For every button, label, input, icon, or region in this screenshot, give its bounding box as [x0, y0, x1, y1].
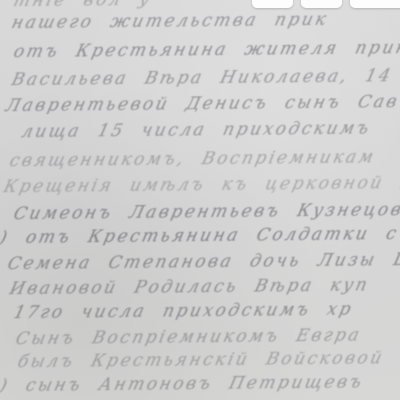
manuscript-line: 17го числа приходскимъ хр	[12, 299, 356, 323]
manuscript-line: ) сынъ Антоновъ Петрищевъ	[0, 372, 366, 396]
manuscript-line: Сынъ Воспріемникомъ Евгра	[14, 325, 364, 349]
manuscript-line: ) отъ Крестьянина Солдатки с н	[0, 224, 400, 248]
manuscript-line: Васильева Вѣра Николаева, 14	[10, 66, 395, 90]
manuscript-line: былъ Крестьянскій Войсковой к	[16, 348, 400, 372]
manuscript-line: нашего жительства прик	[10, 10, 331, 33]
toolbar-button-1[interactable]	[252, 0, 293, 8]
manuscript-line: тнiе вол у	[12, 0, 155, 11]
manuscript-line: священникомъ, Воспріемникам	[8, 147, 378, 171]
manuscript-line: Лаврентьевой Денисъ сынъ Сав	[4, 92, 400, 116]
toolbar-button-3[interactable]	[350, 0, 400, 8]
manuscript-line: Симеонъ Лаврентьевъ Кузнецовъ	[12, 200, 400, 224]
toolbar-button-2[interactable]	[301, 0, 342, 8]
manuscript-line: лища 15 числа приходскимъ	[20, 118, 373, 142]
manuscript-line: отъ Крестьянина жителя прик	[12, 38, 400, 62]
manuscript-line: Крещенія имѣлъ къ церковной Вост	[2, 172, 400, 197]
manuscript-line: Семена Степанова дочь Лизы Щу	[6, 250, 400, 274]
manuscript-line: Ивановой Родилась Вѣра куп	[8, 275, 372, 299]
manuscript-scan: тнiе вол у нашего жительства прик отъ Кр…	[0, 0, 400, 400]
